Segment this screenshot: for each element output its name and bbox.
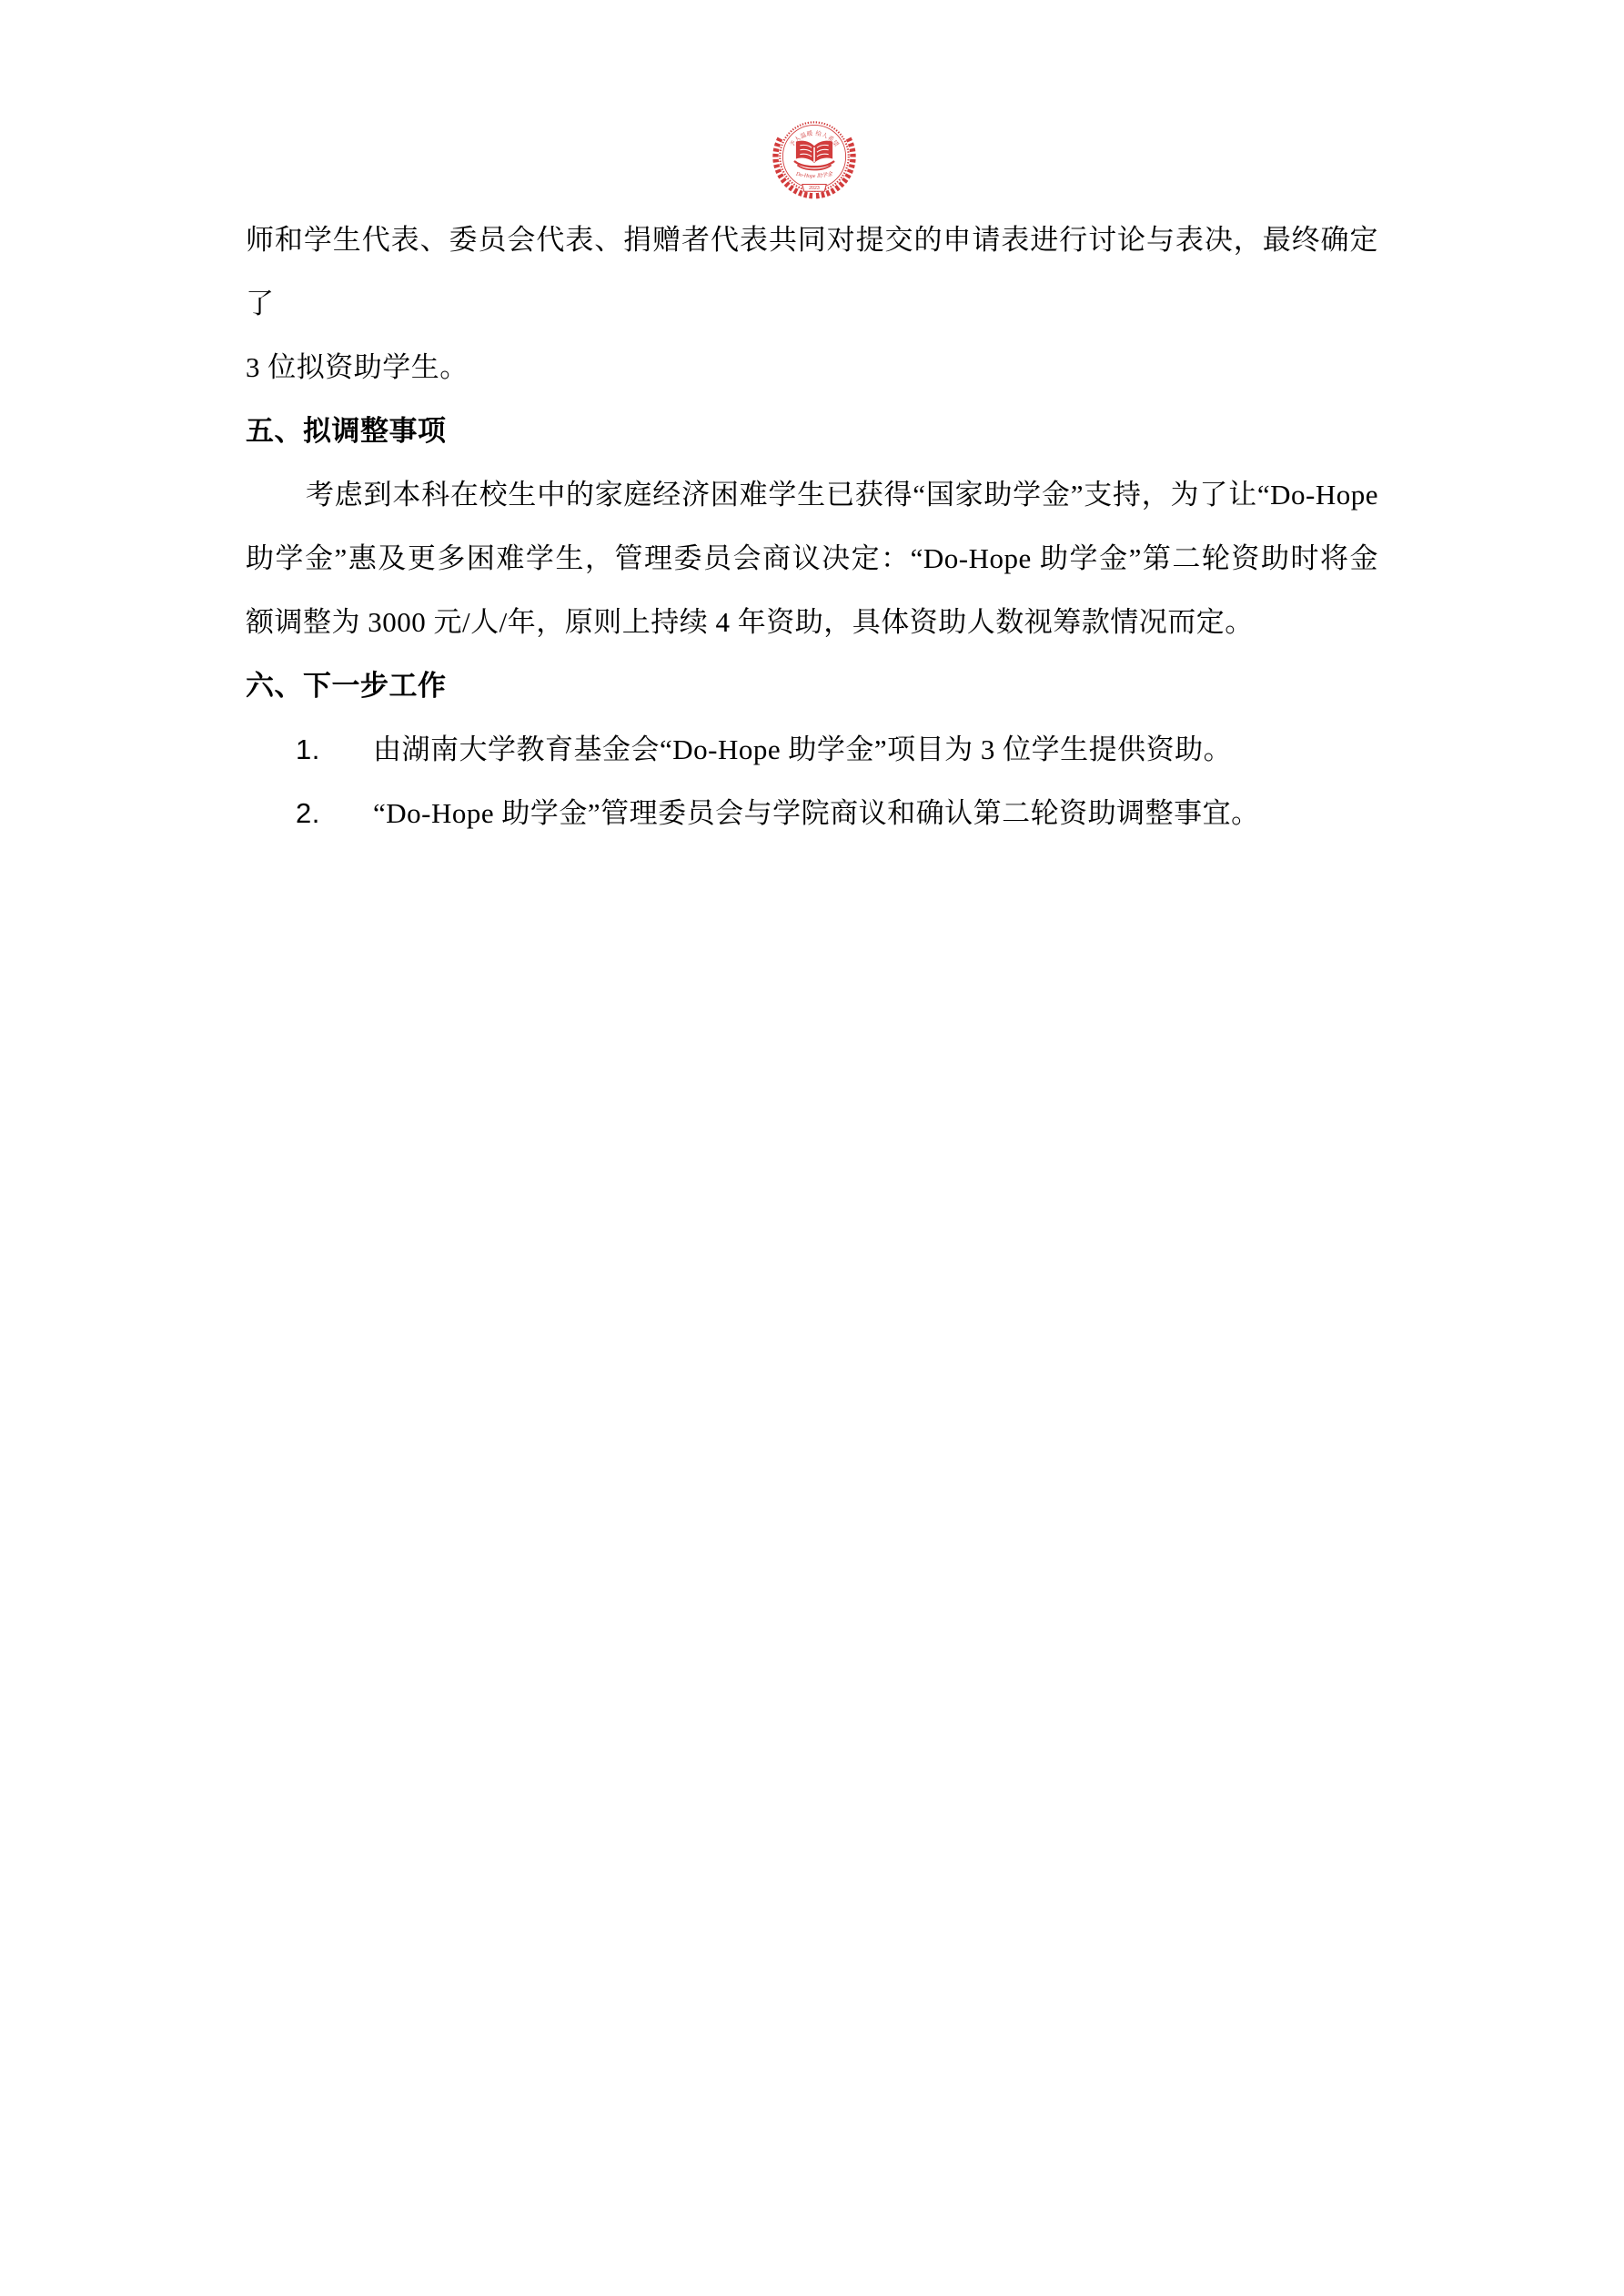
list-item-number: 1. [296,718,373,782]
list-item: 1.由湖南大学教育基金会“Do-Hope 助学金”项目为 3 位学生提供资助。 [246,718,1378,782]
logo-year-banner: 2023 [802,184,826,191]
document-page: 予人温暖 给人希望 Do-Hope 助学金 2023 [0,0,1624,2296]
list-item-number: 2. [296,782,373,845]
list-item-text: “Do-Hope 助学金”管理委员会与学院商议和确认第二轮资助调整事宜。 [373,797,1260,829]
logo-year-text: 2023 [809,186,820,191]
intro-line-1: 师和学生代表、委员会代表、捐赠者代表共同对提交的申请表进行讨论与表决，最终确定了 [246,208,1378,336]
do-hope-emblem-icon: 予人温暖 给人希望 Do-Hope 助学金 2023 [770,113,859,207]
section5-line-2: 助学金”惠及更多困难学生，管理委员会商议决定：“Do-Hope 助学金”第二轮资… [246,527,1378,591]
list-item: 2.“Do-Hope 助学金”管理委员会与学院商议和确认第二轮资助调整事宜。 [246,782,1378,845]
list-item-text: 由湖南大学教育基金会“Do-Hope 助学金”项目为 3 位学生提供资助。 [373,733,1232,765]
section5-line-1: 考虑到本科在校生中的家庭经济困难学生已获得“国家助学金”支持，为了让“Do-Ho… [246,463,1378,527]
logo-bottom-arc-text: Do-Hope 助学金 [794,170,833,179]
section5-line-3: 额调整为 3000 元/人/年，原则上持续 4 年资助，具体资助人数视筹款情况而… [246,591,1378,654]
section5-heading: 五、拟调整事项 [246,400,1378,463]
do-hope-logo: 予人温暖 给人希望 Do-Hope 助学金 2023 [770,113,859,207]
open-book-icon [794,141,834,170]
section6-heading: 六、下一步工作 [246,654,1378,718]
intro-line-2: 3 位拟资助学生。 [246,336,1378,400]
document-body: 师和学生代表、委员会代表、捐赠者代表共同对提交的申请表进行讨论与表决，最终确定了… [246,208,1378,845]
